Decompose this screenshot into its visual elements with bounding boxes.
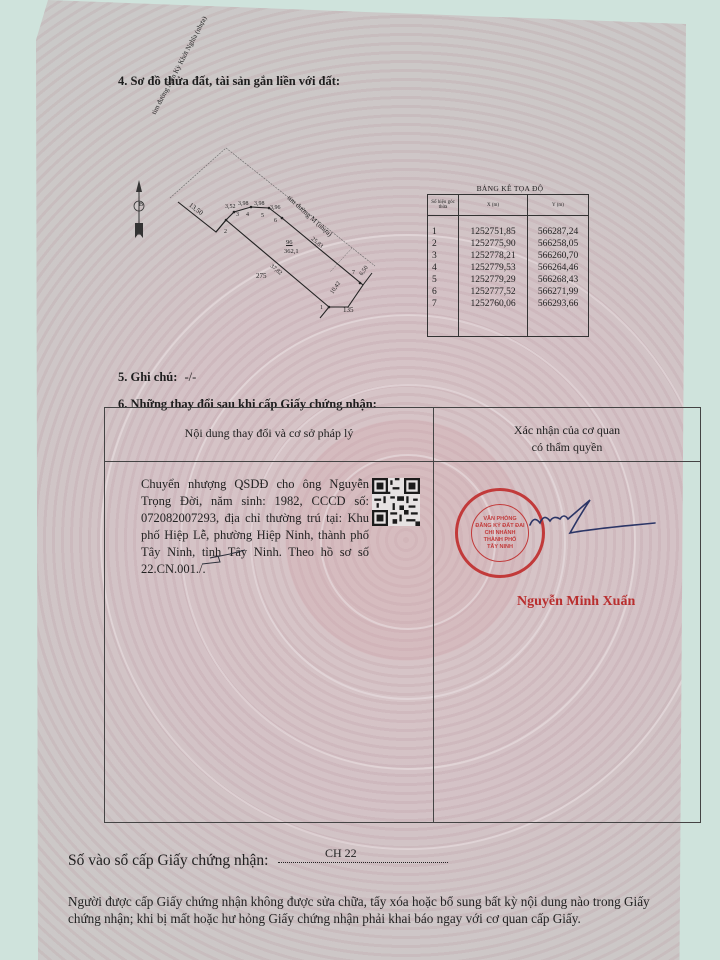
coord-row: 41252779,53566264,46 [428,262,589,274]
section5-title: 5. Ghi chú: -/- [118,370,196,385]
coord-header: X (m) [459,195,528,216]
coord-point: 7 [428,298,459,310]
registry-value: CH 22 [325,846,357,861]
vertex-label: 5 [261,213,264,219]
vertex-label: 4 [246,212,249,218]
coord-row-spacer [428,310,589,337]
coord-point: 2 [428,238,459,250]
certificate-notice: Người được cấp Giấy chứng nhận không đượ… [68,893,660,927]
edge-length: 3,98 [254,201,265,207]
coord-x: 1252775,90 [459,238,528,250]
coord-y: 566258,05 [528,238,589,250]
neighbor-parcel-left: 275 [256,272,267,280]
coord-row: 31252778,21566260,70 [428,250,589,262]
row-divider [105,461,700,462]
coord-y: 566260,70 [528,250,589,262]
coord-row: 51252779,29566268,43 [428,274,589,286]
coord-header: Y (m) [528,195,589,216]
coord-x: 1252777,52 [459,286,528,298]
registry-label: Số vào sổ cấp Giấy chứng nhận: [68,852,268,870]
coord-point: 5 [428,274,459,286]
parcel-diagram [120,140,420,330]
coord-y: 566271,99 [528,286,589,298]
signature-mark-icon [200,548,250,568]
coord-x: 1252779,29 [459,274,528,286]
registry-dotted-line [278,862,448,863]
coord-row: 21252775,90566258,05 [428,238,589,250]
qr-code-icon [372,478,420,526]
edge-length: 3,96 [270,205,281,211]
coord-header: Số hiệu góc thửa [428,195,459,216]
vertex-label: 7 [352,270,355,276]
north-label: B [139,202,143,208]
stamp-text: TÂY NINH [472,544,528,551]
coord-row: 71252760,06566293,66 [428,298,589,310]
header-line: có thẩm quyền [434,439,700,456]
signature-icon [520,495,660,545]
parcel-number: 96 [286,239,293,246]
edge-length: 3,98 [238,201,249,207]
section5-value: -/- [185,370,197,384]
coord-row: 11252751,85566287,24 [428,216,589,239]
signer-name: Nguyễn Minh Xuấn [517,594,635,610]
coord-x: 1252751,85 [459,216,528,239]
coord-x: 1252760,06 [459,298,528,310]
coord-table-title: BẢNG KÊ TỌA ĐỘ [430,184,590,193]
coord-point: 4 [428,262,459,274]
section4-title: 4. Sơ đồ thửa đất, tài sản gắn liền với … [118,74,340,89]
coord-y: 566264,46 [528,262,589,274]
section5-label: 5. Ghi chú: [118,370,177,384]
north-arrow-icon [134,180,144,238]
coord-point: 3 [428,250,459,262]
header-line: Xác nhận của cơ quan [434,422,700,439]
coord-x: 1252778,21 [459,250,528,262]
vertex-label: 2 [224,229,227,235]
coord-point: 1 [428,216,459,239]
coord-table: Số hiệu góc thửa X (m) Y (m) 11252751,85… [427,194,589,337]
coord-point: 6 [428,286,459,298]
changes-table: Nội dung thay đổi và cơ sở pháp lý Xác n… [104,407,701,823]
column-divider [433,408,434,822]
parcel-area: 362,1 [284,248,299,255]
coord-x: 1252779,53 [459,262,528,274]
edge-length: 3,52 [225,204,236,210]
changes-header-confirmation: Xác nhận của cơ quan có thẩm quyền [434,422,700,456]
vertex-label: 3 [236,212,239,218]
coord-row: 61252777,52566271,99 [428,286,589,298]
neighbor-parcel-bottom: 135 [343,306,354,314]
changes-header-content: Nội dung thay đổi và cơ sở pháp lý [105,426,433,441]
coord-y: 566293,66 [528,298,589,310]
vertex-label: 1 [320,305,323,311]
coord-y: 566268,43 [528,274,589,286]
vertex-label: 6 [274,218,277,224]
change-content: Chuyển nhượng QSDĐ cho ông Nguyễn Trọng … [141,476,369,578]
coord-y: 566287,24 [528,216,589,239]
